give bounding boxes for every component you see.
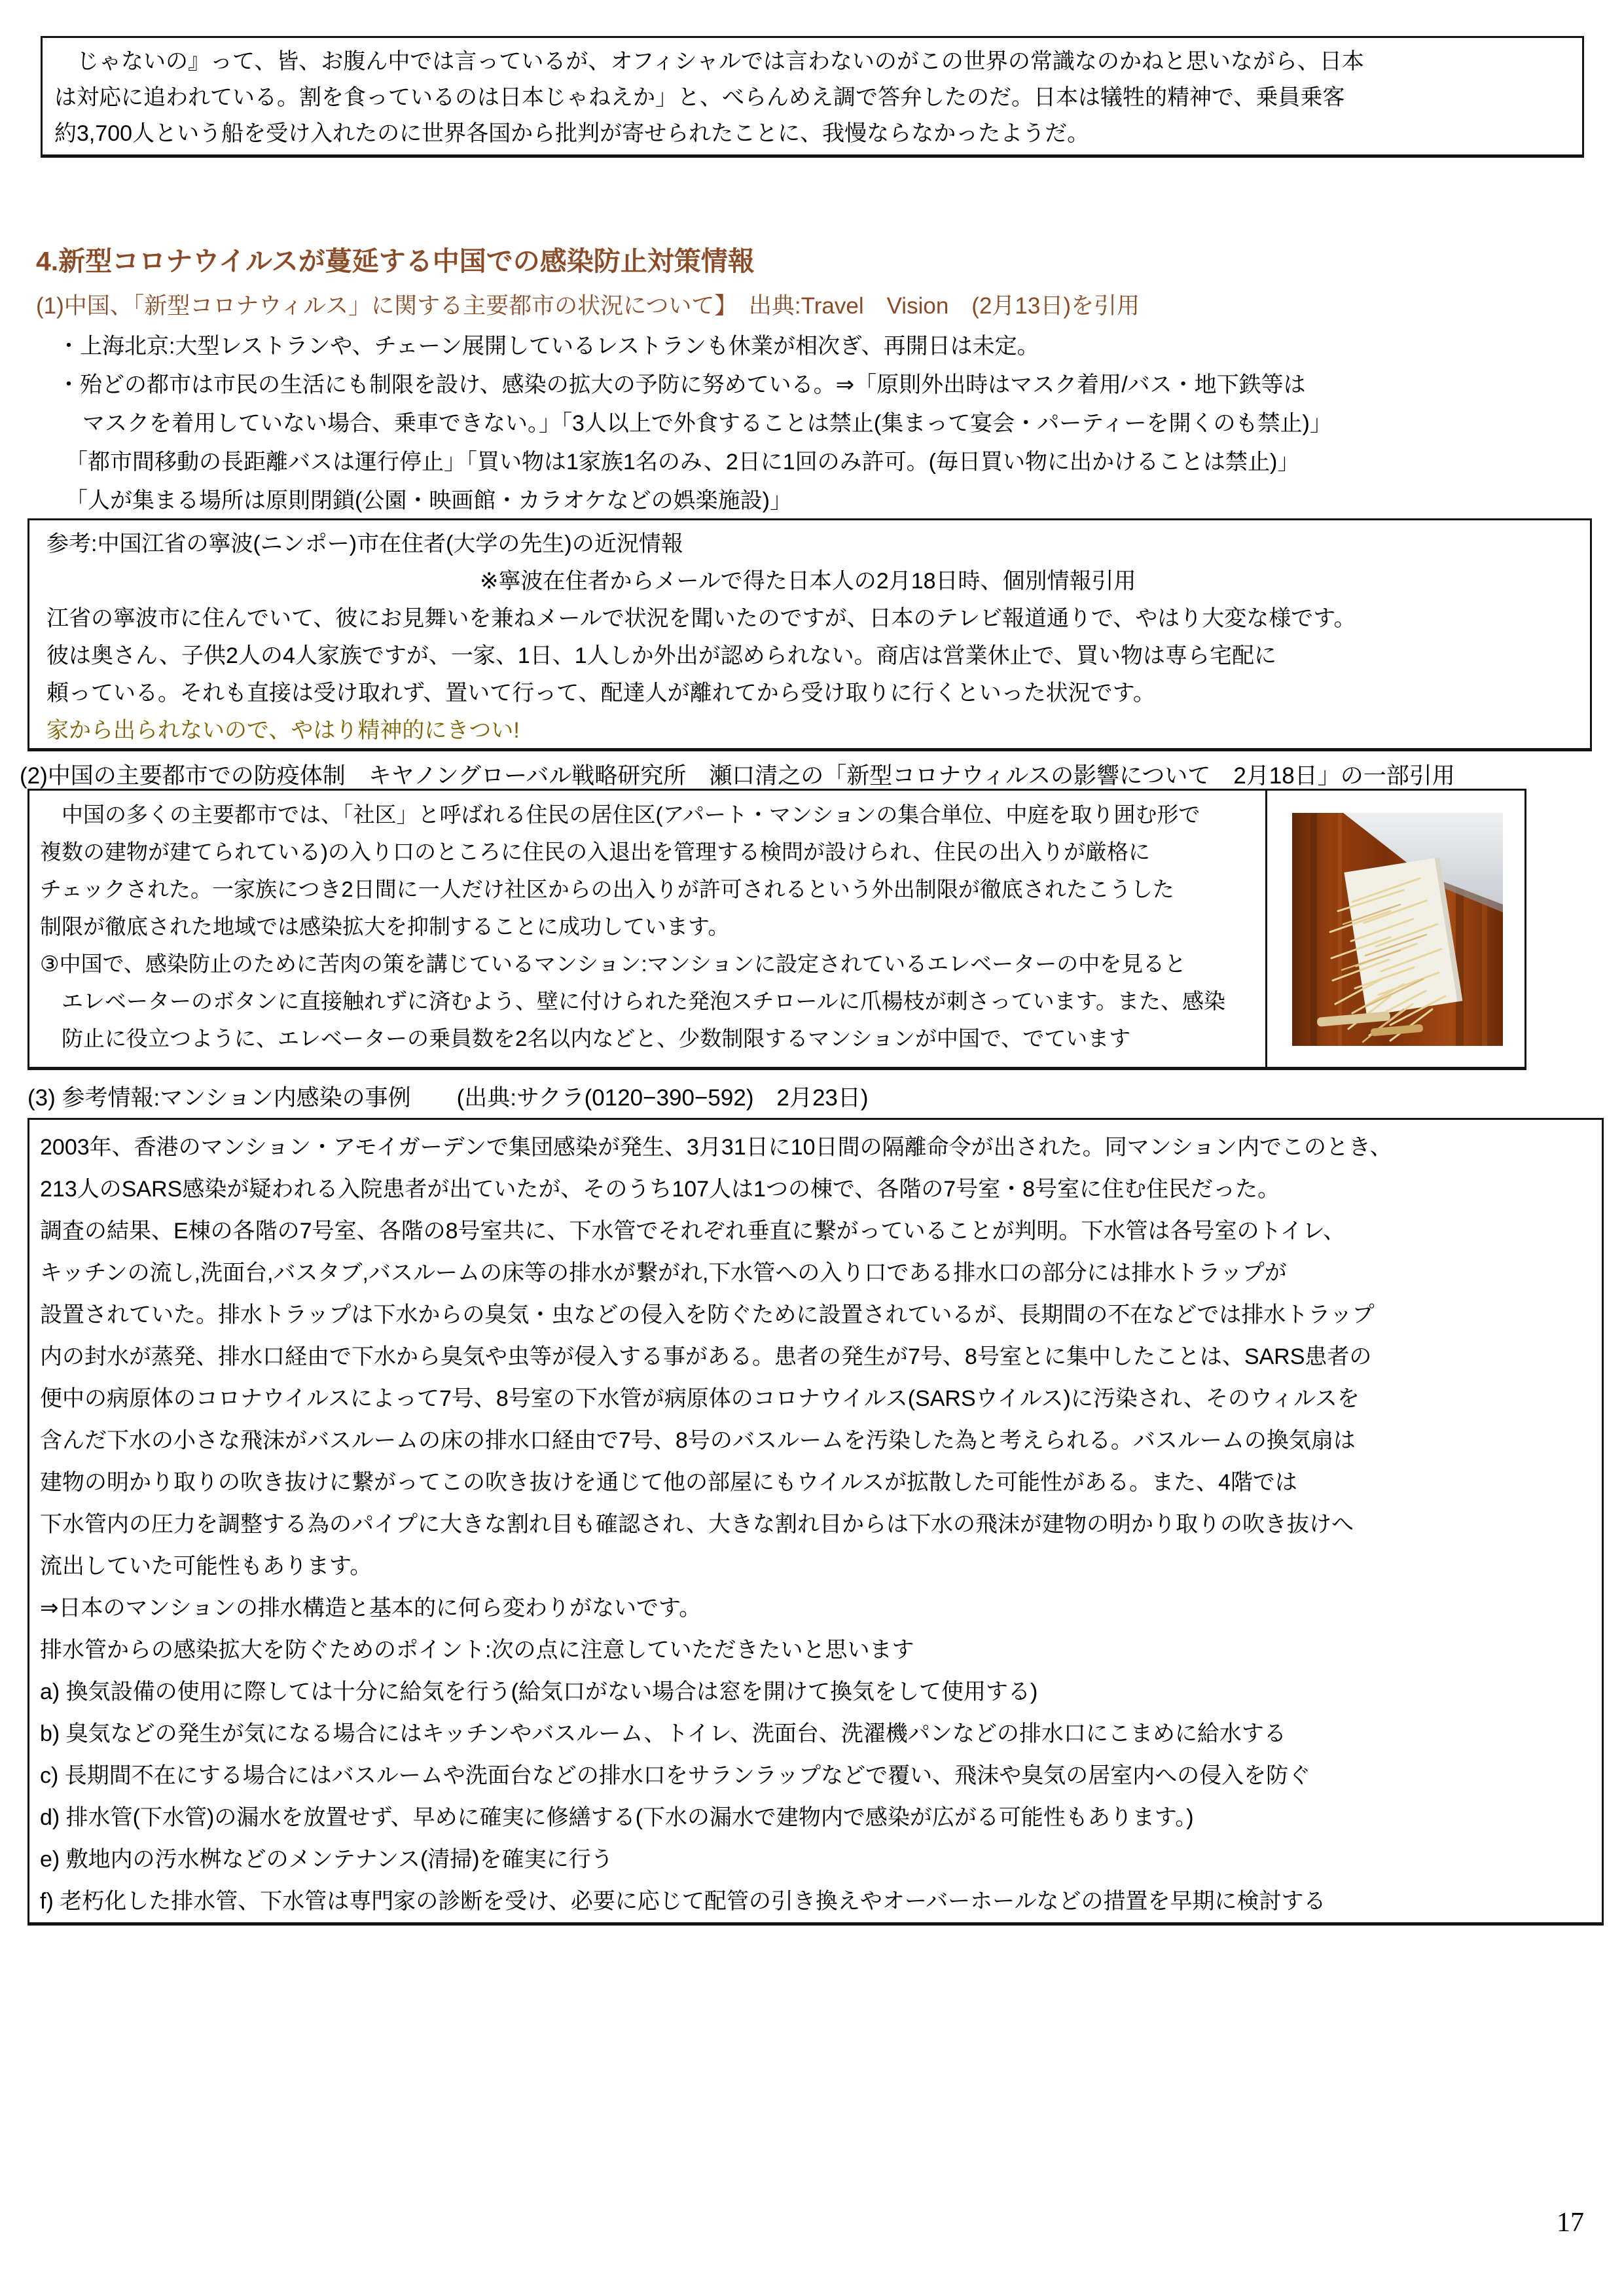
- page-number: 17: [1557, 2207, 1584, 2238]
- city-line: チェックされた。一家族につき2日間に一人だけ社区からの出入りが許可されるという外…: [40, 870, 1257, 908]
- subsection-1-heading: (1)中国、「新型コロナウィルス」に関する主要都市の状況について】 出典:Tra…: [36, 288, 1140, 321]
- subsection-2-heading: (2)中国の主要都市での防疫体制 キヤノングローバル戦略研究所 瀬口清之の「新型…: [20, 758, 1455, 791]
- bullet-item: ・殆どの都市は市民の生活にも制限を設け、感染の拡大の予防に努めている。⇒「原則外…: [39, 366, 1604, 404]
- intro-line: じゃないの』って、皆、お腹ん中では言っているが、オフィシャルでは言わないのがこの…: [54, 44, 1570, 80]
- case-point-c: c) 長期間不在にする場合にはバスルームや洗面台などの排水口をサランラップなどで…: [40, 1755, 1591, 1797]
- photo-cell: [1267, 791, 1525, 1067]
- epidemic-prevention-box: 中国の多くの主要都市では、「社区」と呼ばれる住民の居住区(アパート・マンションの…: [27, 789, 1526, 1070]
- amoy-gardens-case-box: 2003年、香港のマンション・アモイガーデンで集団感染が発生、3月31日に10日…: [27, 1118, 1604, 1926]
- ref-line: 参考:中国江省の寧波(ニンポー)市在住者(大学の先生)の近況情報: [40, 526, 1579, 563]
- case-line: 流出していた可能性もあります。: [40, 1545, 1591, 1587]
- case-line: 内の封水が蒸発、排水口経由で下水から臭気や虫等が侵入する事がある。患者の発生が7…: [40, 1336, 1591, 1378]
- case-point-a: a) 換気設備の使用に際しては十分に給気を行う(給気口がない場合は窓を開けて換気…: [40, 1671, 1591, 1713]
- case-line: 下水管内の圧力を調整する為のパイプに大きな割れ目も確認され、大きな割れ目からは下…: [40, 1503, 1591, 1545]
- bullet-item: 「人が集まる場所は原則閉鎖(公園・映画館・カラオケなどの娯楽施設)」: [39, 482, 1604, 520]
- city-line: ③中国で、感染防止のために苦肉の策を講じているマンション:マンションに設定されて…: [40, 945, 1257, 982]
- ref-line: 彼は奥さん、子供2人の4人家族ですが、一家、1日、1人しか外出が認められない。商…: [40, 637, 1579, 675]
- toothpicks-photo: [1292, 813, 1503, 1046]
- case-point-b: b) 臭気などの発生が気になる場合にはキッチンやバスルーム、トイレ、洗面台、洗濯…: [40, 1713, 1591, 1755]
- bullet-item: 「都市間移動の長距離バスは運行停止」「買い物は1家族1名のみ、2日に1回のみ許可…: [39, 443, 1604, 482]
- case-line: キッチンの流し,洗面台,バスタブ,バスルームの床等の排水が繋がれ,下水管への入り…: [40, 1252, 1591, 1294]
- document-page: { "page_number": "17", "colors": { "sect…: [0, 0, 1624, 2296]
- case-point-f: f) 老朽化した排水管、下水管は専門家の診断を受け、必要に応じて配管の引き換えや…: [40, 1880, 1591, 1922]
- case-line: 213人のSARS感染が疑われる入院患者が出ていたが、そのうち107人は1つの棟…: [40, 1168, 1591, 1210]
- city-line: 制限が徹底された地域では感染拡大を抑制することに成功しています。: [40, 908, 1257, 945]
- case-conclusion-line: ⇒日本のマンションの排水構造と基本的に何ら変わりがないです。: [40, 1587, 1591, 1629]
- city-line: 複数の建物が建てられている)の入り口のところに住民の入退出を管理する検問が設けら…: [40, 833, 1257, 870]
- ref-line: 頼っている。それも直接は受け取れず、置いて行って、配達人が離れてから受け取りに行…: [40, 675, 1579, 712]
- case-line: 2003年、香港のマンション・アモイガーデンで集団感染が発生、3月31日に10日…: [40, 1126, 1591, 1168]
- case-point-e: e) 敷地内の汚水桝などのメンテナンス(清掃)を確実に行う: [40, 1839, 1591, 1880]
- city-line: 中国の多くの主要都市では、「社区」と呼ばれる住民の居住区(アパート・マンションの…: [40, 796, 1257, 833]
- city-status-bullet-list: ・上海北京:大型レストランや、チェーン展開しているレストランも休業が相次ぎ、再開…: [39, 327, 1604, 520]
- case-line: 調査の結果、E棟の各階の7号室、各階の8号室共に、下水管でそれぞれ垂直に繋がって…: [40, 1210, 1591, 1252]
- city-line: 防止に役立つように、エレベーターの乗員数を2名以内などと、少数制限するマンション…: [40, 1020, 1257, 1057]
- subsection-3-heading: (3) 参考情報:マンション内感染の事例 (出典:サクラ(0120−390−59…: [27, 1080, 869, 1113]
- case-line: 便中の病原体のコロナウイルスによって7号、8号室の下水管が病原体のコロナウイルス…: [40, 1378, 1591, 1420]
- ningbo-reference-box: 参考:中国江省の寧波(ニンポー)市在住者(大学の先生)の近況情報 ※寧波在住者か…: [27, 518, 1592, 751]
- intro-line: 約3,700人という船を受け入れたのに世界各国から批判が寄せられたことに、我慢な…: [54, 116, 1570, 152]
- case-line: 含んだ下水の小さな飛沫がバスルームの床の排水口経由で7号、8号のバスルームを汚染…: [40, 1420, 1591, 1462]
- ref-highlight-note: 家から出られないので、やはり精神的にきつい!: [40, 712, 1579, 749]
- case-line: 建物の明かり取りの吹き抜けに繋がってこの吹き抜けを通じて他の部屋にもウイルスが拡…: [40, 1462, 1591, 1503]
- case-point-d: d) 排水管(下水管)の漏水を放置せず、早めに確実に修繕する(下水の漏水で建物内…: [40, 1797, 1591, 1839]
- case-points-intro: 排水管からの感染拡大を防ぐためのポイント:次の点に注意していただきたいと思います: [40, 1629, 1591, 1671]
- bullet-item-continuation: マスクを着用していない場合、乗車できない。」「3人以上で外食することは禁止(集ま…: [39, 404, 1604, 443]
- ref-source-line: ※寧波在住者からメールで得た日本人の2月18日時、個別情報引用: [40, 563, 1579, 600]
- bullet-item: ・上海北京:大型レストランや、チェーン展開しているレストランも休業が相次ぎ、再開…: [39, 327, 1604, 366]
- city-line: エレベーターのボタンに直接触れずに済むよう、壁に付けられた発泡スチロールに爪楊枝…: [40, 982, 1257, 1020]
- intro-quote-box: じゃないの』って、皆、お腹ん中では言っているが、オフィシャルでは言わないのがこの…: [41, 36, 1584, 158]
- intro-line: は対応に追われている。割を食っているのは日本じゃねえか」と、べらんめえ調で答弁し…: [54, 80, 1570, 116]
- case-line: 設置されていた。排水トラップは下水からの臭気・虫などの侵入を防ぐために設置されて…: [40, 1294, 1591, 1336]
- ref-line: 江省の寧波市に住んでいて、彼にお見舞いを兼ねメールで状況を聞いたのですが、日本の…: [40, 600, 1579, 637]
- epidemic-prevention-text: 中国の多くの主要都市では、「社区」と呼ばれる住民の居住区(アパート・マンションの…: [40, 796, 1257, 1057]
- section-heading: 4.新型コロナウイルスが蔓延する中国での感染防止対策情報: [36, 240, 755, 278]
